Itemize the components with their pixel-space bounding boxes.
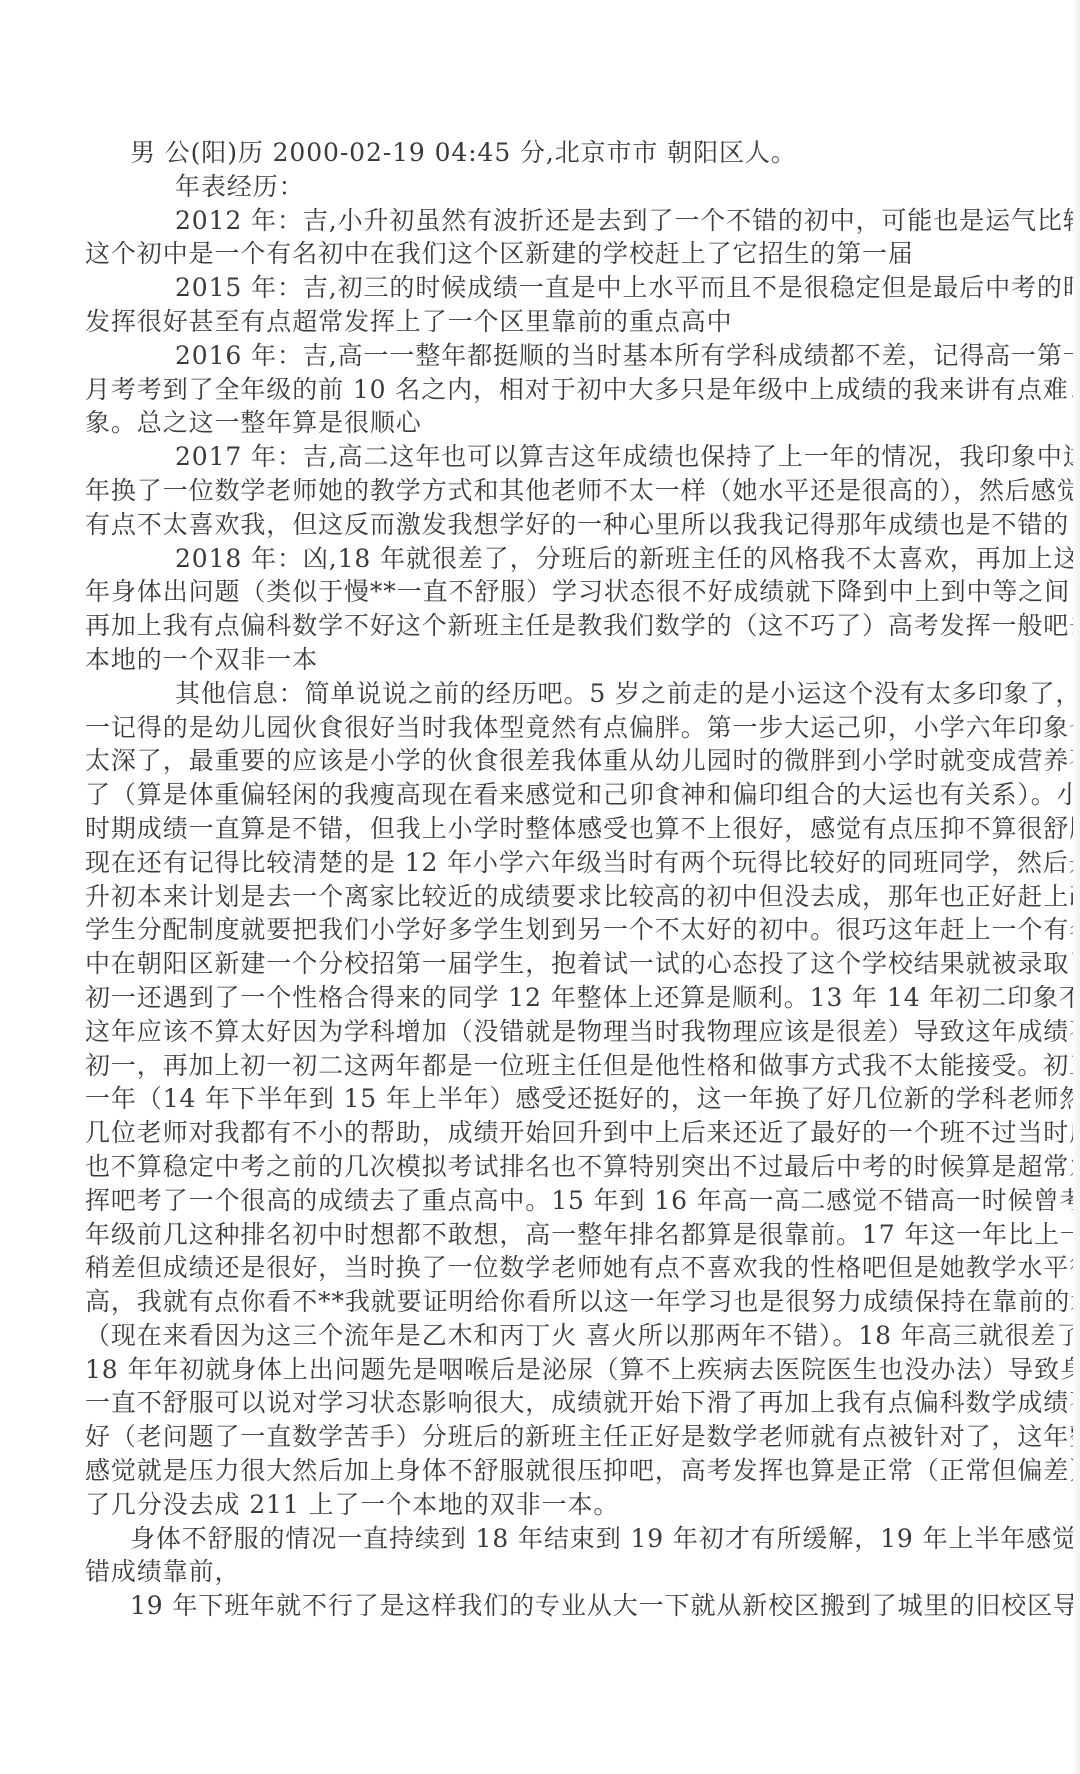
text-line: 一记得的是幼儿园伙食很好当时我体型竟然有点偏胖。第一步大运己卯，小学六年印象也不 (85, 711, 968, 745)
text-line: 年身体出问题（类似于慢**一直不舒服）学习状态很不好成绩就下降到中上到中等之间了… (85, 575, 968, 609)
text-line: 男 公(阳)历 2000-02-19 04:45 分,北京市市 朝阳区人。 (85, 136, 975, 170)
text-line: 其他信息：简单说说之前的经历吧。5 岁之前走的是小运这个没有太多印象了，唯 (85, 677, 968, 711)
text-line: 现在还有记得比较清楚的是 12 年小学六年级当时有两个玩得比较好的同班同学，然后… (85, 846, 968, 880)
page-edge (1073, 0, 1080, 1774)
text-line: 太深了，最重要的应该是小学的伙食很差我体重从幼儿园时的微胖到小学时就变成营养不良 (85, 744, 968, 778)
text-line: 学生分配制度就要把我们小学好多学生划到另一个不太好的初中。很巧这年赶上一个有名初 (85, 913, 968, 947)
text-line: 这年应该不算太好因为学科增加（没错就是物理当时我物理应该是很差）导致这年成绩不如 (85, 1015, 968, 1049)
text-line: 2016 年：吉,高一一整年都挺顺的当时基本所有学科成绩都不差，记得高一第一次 (85, 339, 968, 373)
document-body: 男 公(阳)历 2000-02-19 04:45 分,北京市市 朝阳区人。年表经… (85, 136, 975, 1623)
text-line: 初一还遇到了一个性格合得来的同学 12 年整体上还算是顺利。13 年 14 年初… (85, 981, 968, 1015)
text-line: 了（算是体重偏轻闲的我瘦高现在看来感觉和己卯食神和偏印组合的大运也有关系）。小学 (85, 778, 968, 812)
text-line: 象。总之这一整年算是很顺心 (85, 406, 975, 440)
text-line: 了几分没去成 211 上了一个本地的双非一本。 (85, 1488, 975, 1522)
text-line: 19 年下班年就不行了是这样我们的专业从大一下就从新校区搬到了城里的旧校区导致 (85, 1589, 968, 1623)
text-line: 2018 年：凶,18 年就很差了，分班后的新班主任的风格我不太喜欢，再加上这一… (85, 542, 968, 576)
text-line: （现在来看因为这三个流年是乙木和丙丁火 喜火所以那两年不错）。18 年高三就很差… (85, 1319, 968, 1353)
text-line: 发挥很好甚至有点超常发挥上了一个区里靠前的重点高中 (85, 305, 975, 339)
text-line: 一直不舒服可以说对学习状态影响很大，成绩就开始下滑了再加上我有点偏科数学成绩不太 (85, 1386, 968, 1420)
text-line: 升初本来计划是去一个离家比较近的成绩要求比较高的初中但没去成，那年也正好赶上改革 (85, 880, 968, 914)
text-line: 2012 年：吉,小升初虽然有波折还是去到了一个不错的初中，可能也是运气比较好 (85, 204, 968, 238)
text-line: 错成绩靠前， (85, 1555, 975, 1589)
text-line: 也不算稳定中考之前的几次模拟考试排名也不算特别突出不过最后中考的时候算是超常发 (85, 1150, 968, 1184)
text-line: 感觉就是压力很大然后加上身体不舒服就很压抑吧，高考发挥也算是正常（正常但偏差）差 (85, 1454, 968, 1488)
text-line: 初一，再加上初一初二这两年都是一位班主任但是他性格和做事方式我不太能接受。初三这 (85, 1049, 968, 1083)
text-line: 时期成绩一直算是不错，但我上小学时整体感受也算不上很好，感觉有点压抑不算很舒服。 (85, 812, 968, 846)
text-line: 年级前几这种排名初中时想都不敢想，高一整年排名都算是很靠前。17 年这一年比上一… (85, 1218, 968, 1252)
text-line: 一年（14 年下半年到 15 年上半年）感受还挺好的，这一年换了好几位新的学科老… (85, 1082, 968, 1116)
text-line: 身体不舒服的情况一直持续到 18 年结束到 19 年初才有所缓解，19 年上半年… (85, 1522, 968, 1556)
text-line: 月考考到了全年级的前 10 名之内，相对于初中大多只是年级中上成绩的我来讲有点难… (85, 373, 968, 407)
text-line: 挥吧考了一个很高的成绩去了重点高中。15 年到 16 年高一高二感觉不错高一时候… (85, 1184, 968, 1218)
text-line: 本地的一个双非一本 (85, 643, 975, 677)
text-line: 几位老师对我都有不小的帮助，成绩开始回升到中上后来还近了最好的一个班不过当时成绩 (85, 1116, 968, 1150)
text-line: 2017 年：吉,高二这年也可以算吉这年成绩也保持了上一年的情况，我印象中这一 (85, 440, 968, 474)
document-page: 男 公(阳)历 2000-02-19 04:45 分,北京市市 朝阳区人。年表经… (0, 0, 1080, 1774)
text-line: 年表经历： (85, 170, 975, 204)
text-line: 再加上我有点偏科数学不好这个新班主任是教我们数学的（这不巧了）高考发挥一般吧去了 (85, 609, 968, 643)
text-line: 稍差但成绩还是很好，当时换了一位数学老师她有点不喜欢我的性格吧但是她教学水平很 (85, 1251, 968, 1285)
text-line: 年换了一位数学老师她的教学方式和其他老师不太一样（她水平还是很高的），然后感觉她 (85, 474, 968, 508)
text-line: 好（老问题了一直数学苦手）分班后的新班主任正好是数学老师就有点被针对了，这年整体 (85, 1420, 968, 1454)
text-line: 有点不太喜欢我，但这反而激发我想学好的一种心里所以我我记得那年成绩也是不错的 (85, 508, 975, 542)
text-line: 中在朝阳区新建一个分校招第一届学生，抱着试一试的心态投了这个学校结果就被录取了。 (85, 947, 968, 981)
text-line: 2015 年：吉,初三的时候成绩一直是中上水平而且不是很稳定但是最后中考的时候 (85, 271, 968, 305)
text-line: 这个初中是一个有名初中在我们这个区新建的学校赶上了它招生的第一届 (85, 237, 975, 271)
text-line: 高，我就有点你看不**我就要证明给你看所以这一年学习也是很努力成绩保持在靠前的水… (85, 1285, 968, 1319)
text-line: 18 年年初就身体上出问题先是咽喉后是泌尿（算不上疾病去医院医生也没办法）导致身… (85, 1353, 968, 1387)
